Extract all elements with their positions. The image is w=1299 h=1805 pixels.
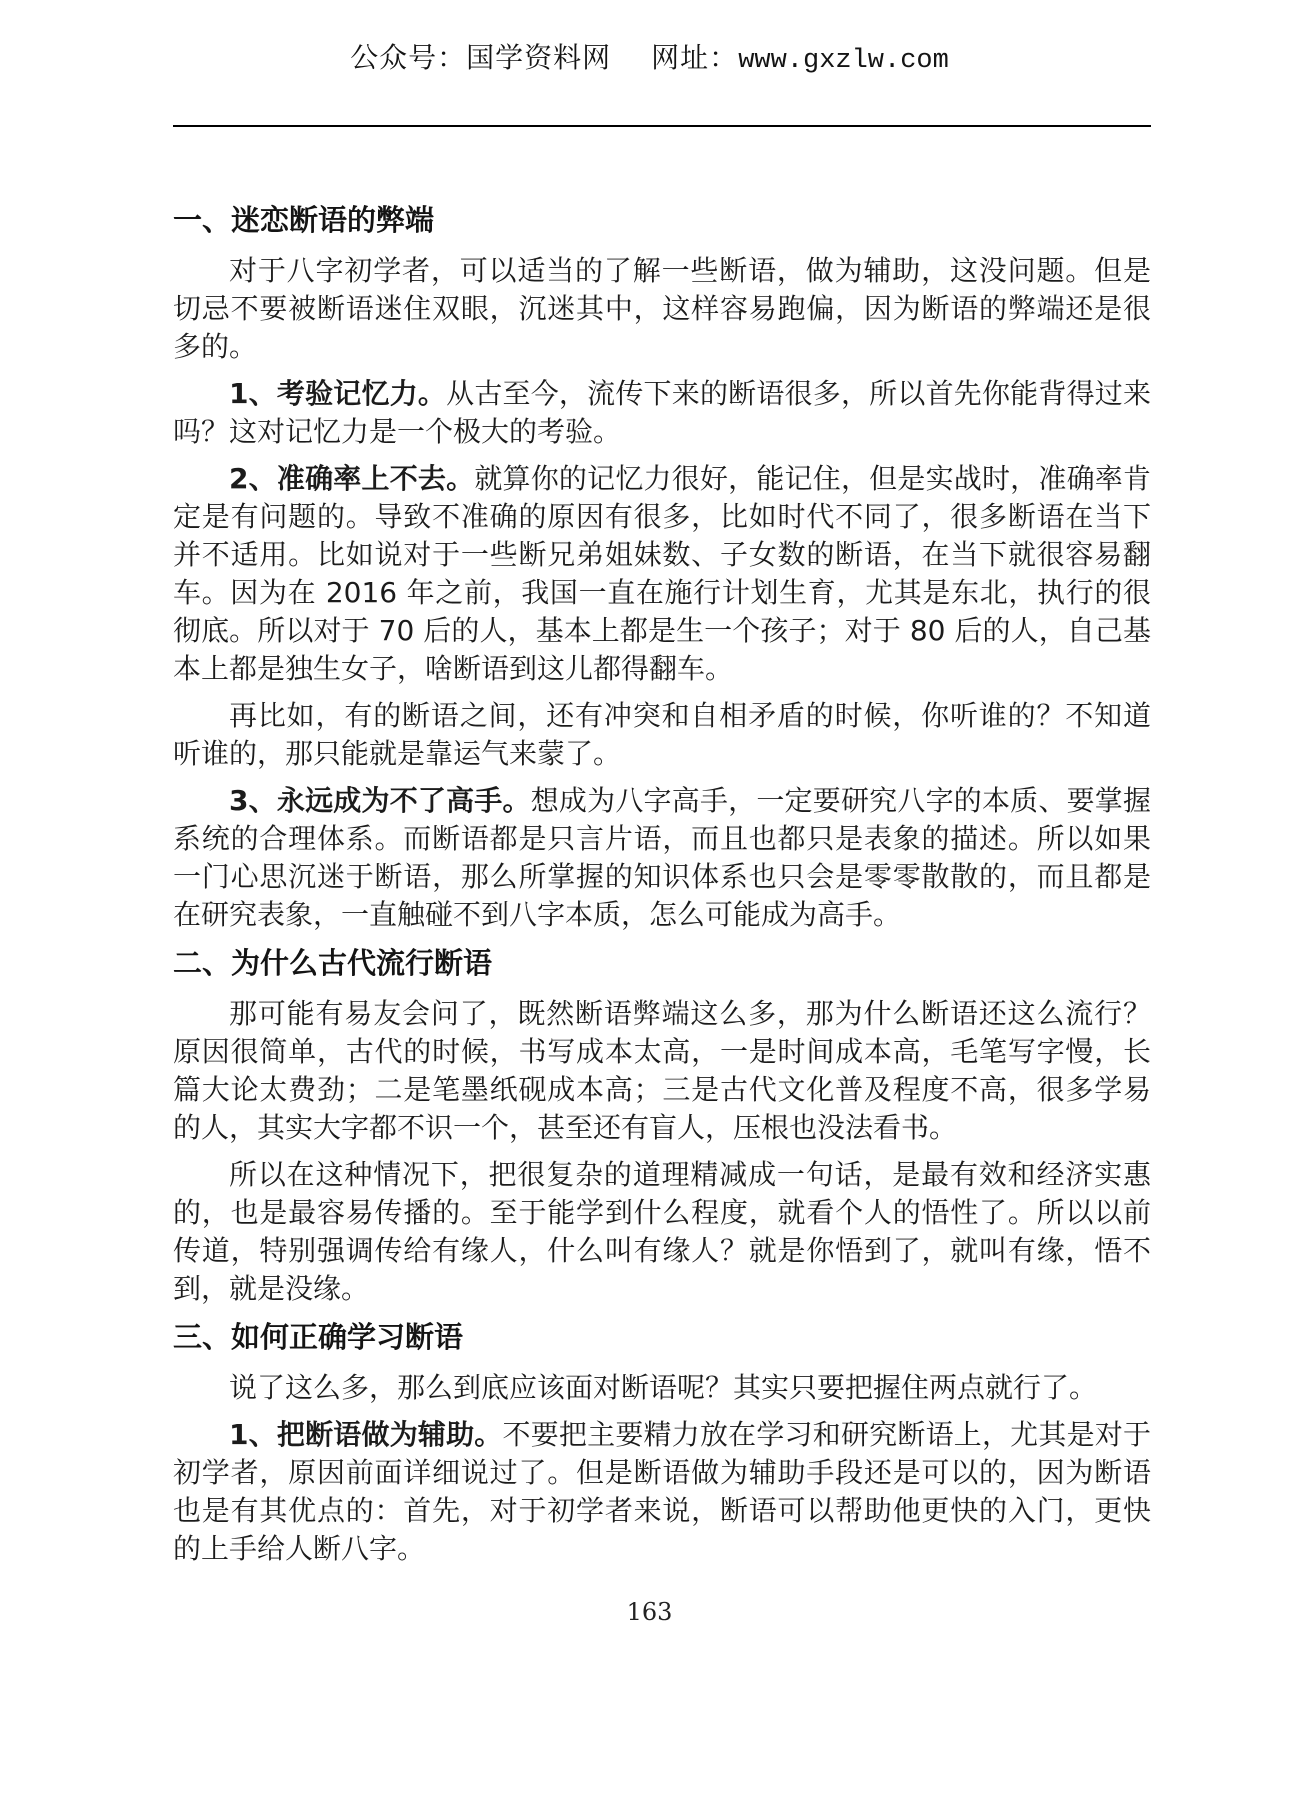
paragraph-lead: 3、永远成为不了高手。 (229, 784, 531, 817)
paragraph: 对于八字初学者，可以适当的了解一些断语，做为辅助，这没问题。但是切忌不要被断语迷… (173, 252, 1151, 366)
paragraph: 说了这么多，那么到底应该面对断语呢？其实只要把握住两点就行了。 (173, 1369, 1151, 1407)
header-account-label: 公众号：国学资料网 (350, 41, 611, 74)
paragraph: 那可能有易友会问了，既然断语弊端这么多，那为什么断语还这么流行？原因很简单，古代… (173, 995, 1151, 1147)
header-url: www.gxzlw.com (738, 46, 949, 76)
paragraph: 3、永远成为不了高手。想成为八字高手，一定要研究八字的本质、要掌握系统的合理体系… (173, 782, 1151, 934)
document-page: 公众号：国学资料网网址：www.gxzlw.com 一、迷恋断语的弊端对于八字初… (0, 0, 1299, 1805)
paragraph-lead: 1、把断语做为辅助。 (229, 1418, 503, 1451)
section-heading: 三、如何正确学习断语 (173, 1317, 1151, 1357)
paragraph: 1、把断语做为辅助。不要把主要精力放在学习和研究断语上，尤其是对于初学者，原因前… (173, 1416, 1151, 1568)
paragraph: 1、考验记忆力。从古至今，流传下来的断语很多，所以首先你能背得过来吗？这对记忆力… (173, 375, 1151, 451)
header-divider (173, 125, 1151, 127)
page-header: 公众号：国学资料网网址：www.gxzlw.com (0, 40, 1299, 79)
document-body: 一、迷恋断语的弊端对于八字初学者，可以适当的了解一些断语，做为辅助，这没问题。但… (173, 178, 1151, 1577)
section-heading: 二、为什么古代流行断语 (173, 943, 1151, 983)
header-site-label: 网址： (651, 41, 738, 74)
page-number: 163 (0, 1598, 1299, 1626)
paragraph: 所以在这种情况下，把很复杂的道理精减成一句话，是最有效和经济实惠的，也是最容易传… (173, 1156, 1151, 1308)
paragraph-lead: 2、准确率上不去。 (229, 462, 474, 495)
paragraph-lead: 1、考验记忆力。 (229, 377, 446, 410)
paragraph: 2、准确率上不去。就算你的记忆力很好，能记住，但是实战时，准确率肯定是有问题的。… (173, 460, 1151, 688)
paragraph: 再比如，有的断语之间，还有冲突和自相矛盾的时候，你听谁的？不知道听谁的，那只能就… (173, 697, 1151, 773)
section-heading: 一、迷恋断语的弊端 (173, 200, 1151, 240)
